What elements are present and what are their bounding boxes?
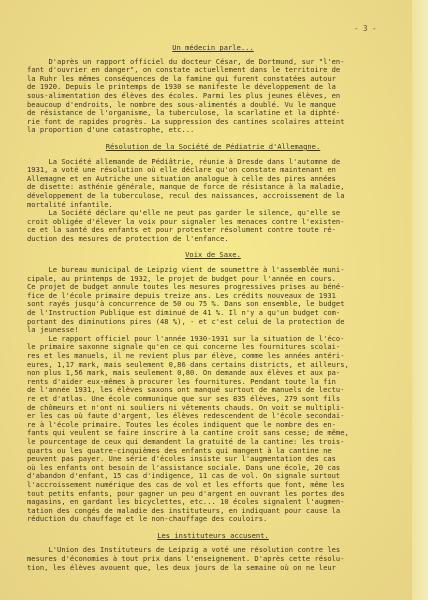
text-line: la proportion d'une catastrophe, etc...	[27, 126, 399, 135]
section-body-medecin: D'après un rapport officiel du docteur C…	[27, 58, 399, 135]
text-line: réduction du chauffage et le non-chauffa…	[27, 515, 399, 524]
section-body-instituteurs: L'Union des Instituteurs de Leipzig a vo…	[27, 546, 399, 572]
section-heading-medecin: Un médecin parle...	[27, 44, 399, 53]
document-page: - 3 - Un médecin parle... D'après un rap…	[0, 0, 428, 600]
section-heading-resolution: Résolution de la Société de Pédiatrie d'…	[27, 143, 399, 152]
section-body-saxe: Le bureau municipal de Leipzig vient de …	[27, 266, 399, 524]
document-body: Un médecin parle... D'après un rapport o…	[27, 0, 399, 572]
section-heading-instituteurs: Les instituteurs accusent.	[27, 532, 399, 541]
text-line: portant des diminutions pires (48 %), - …	[27, 318, 399, 327]
section-heading-saxe: Voix de Saxe.	[27, 251, 399, 260]
paper-edge	[412, 0, 428, 600]
text-line: tion, les élèves avouent que, les deux j…	[27, 564, 399, 573]
text-line: duction des mesures de protection de l'e…	[27, 235, 399, 244]
section-body-resolution: La Société allemande de Pédiâtrie, réuni…	[27, 158, 399, 244]
